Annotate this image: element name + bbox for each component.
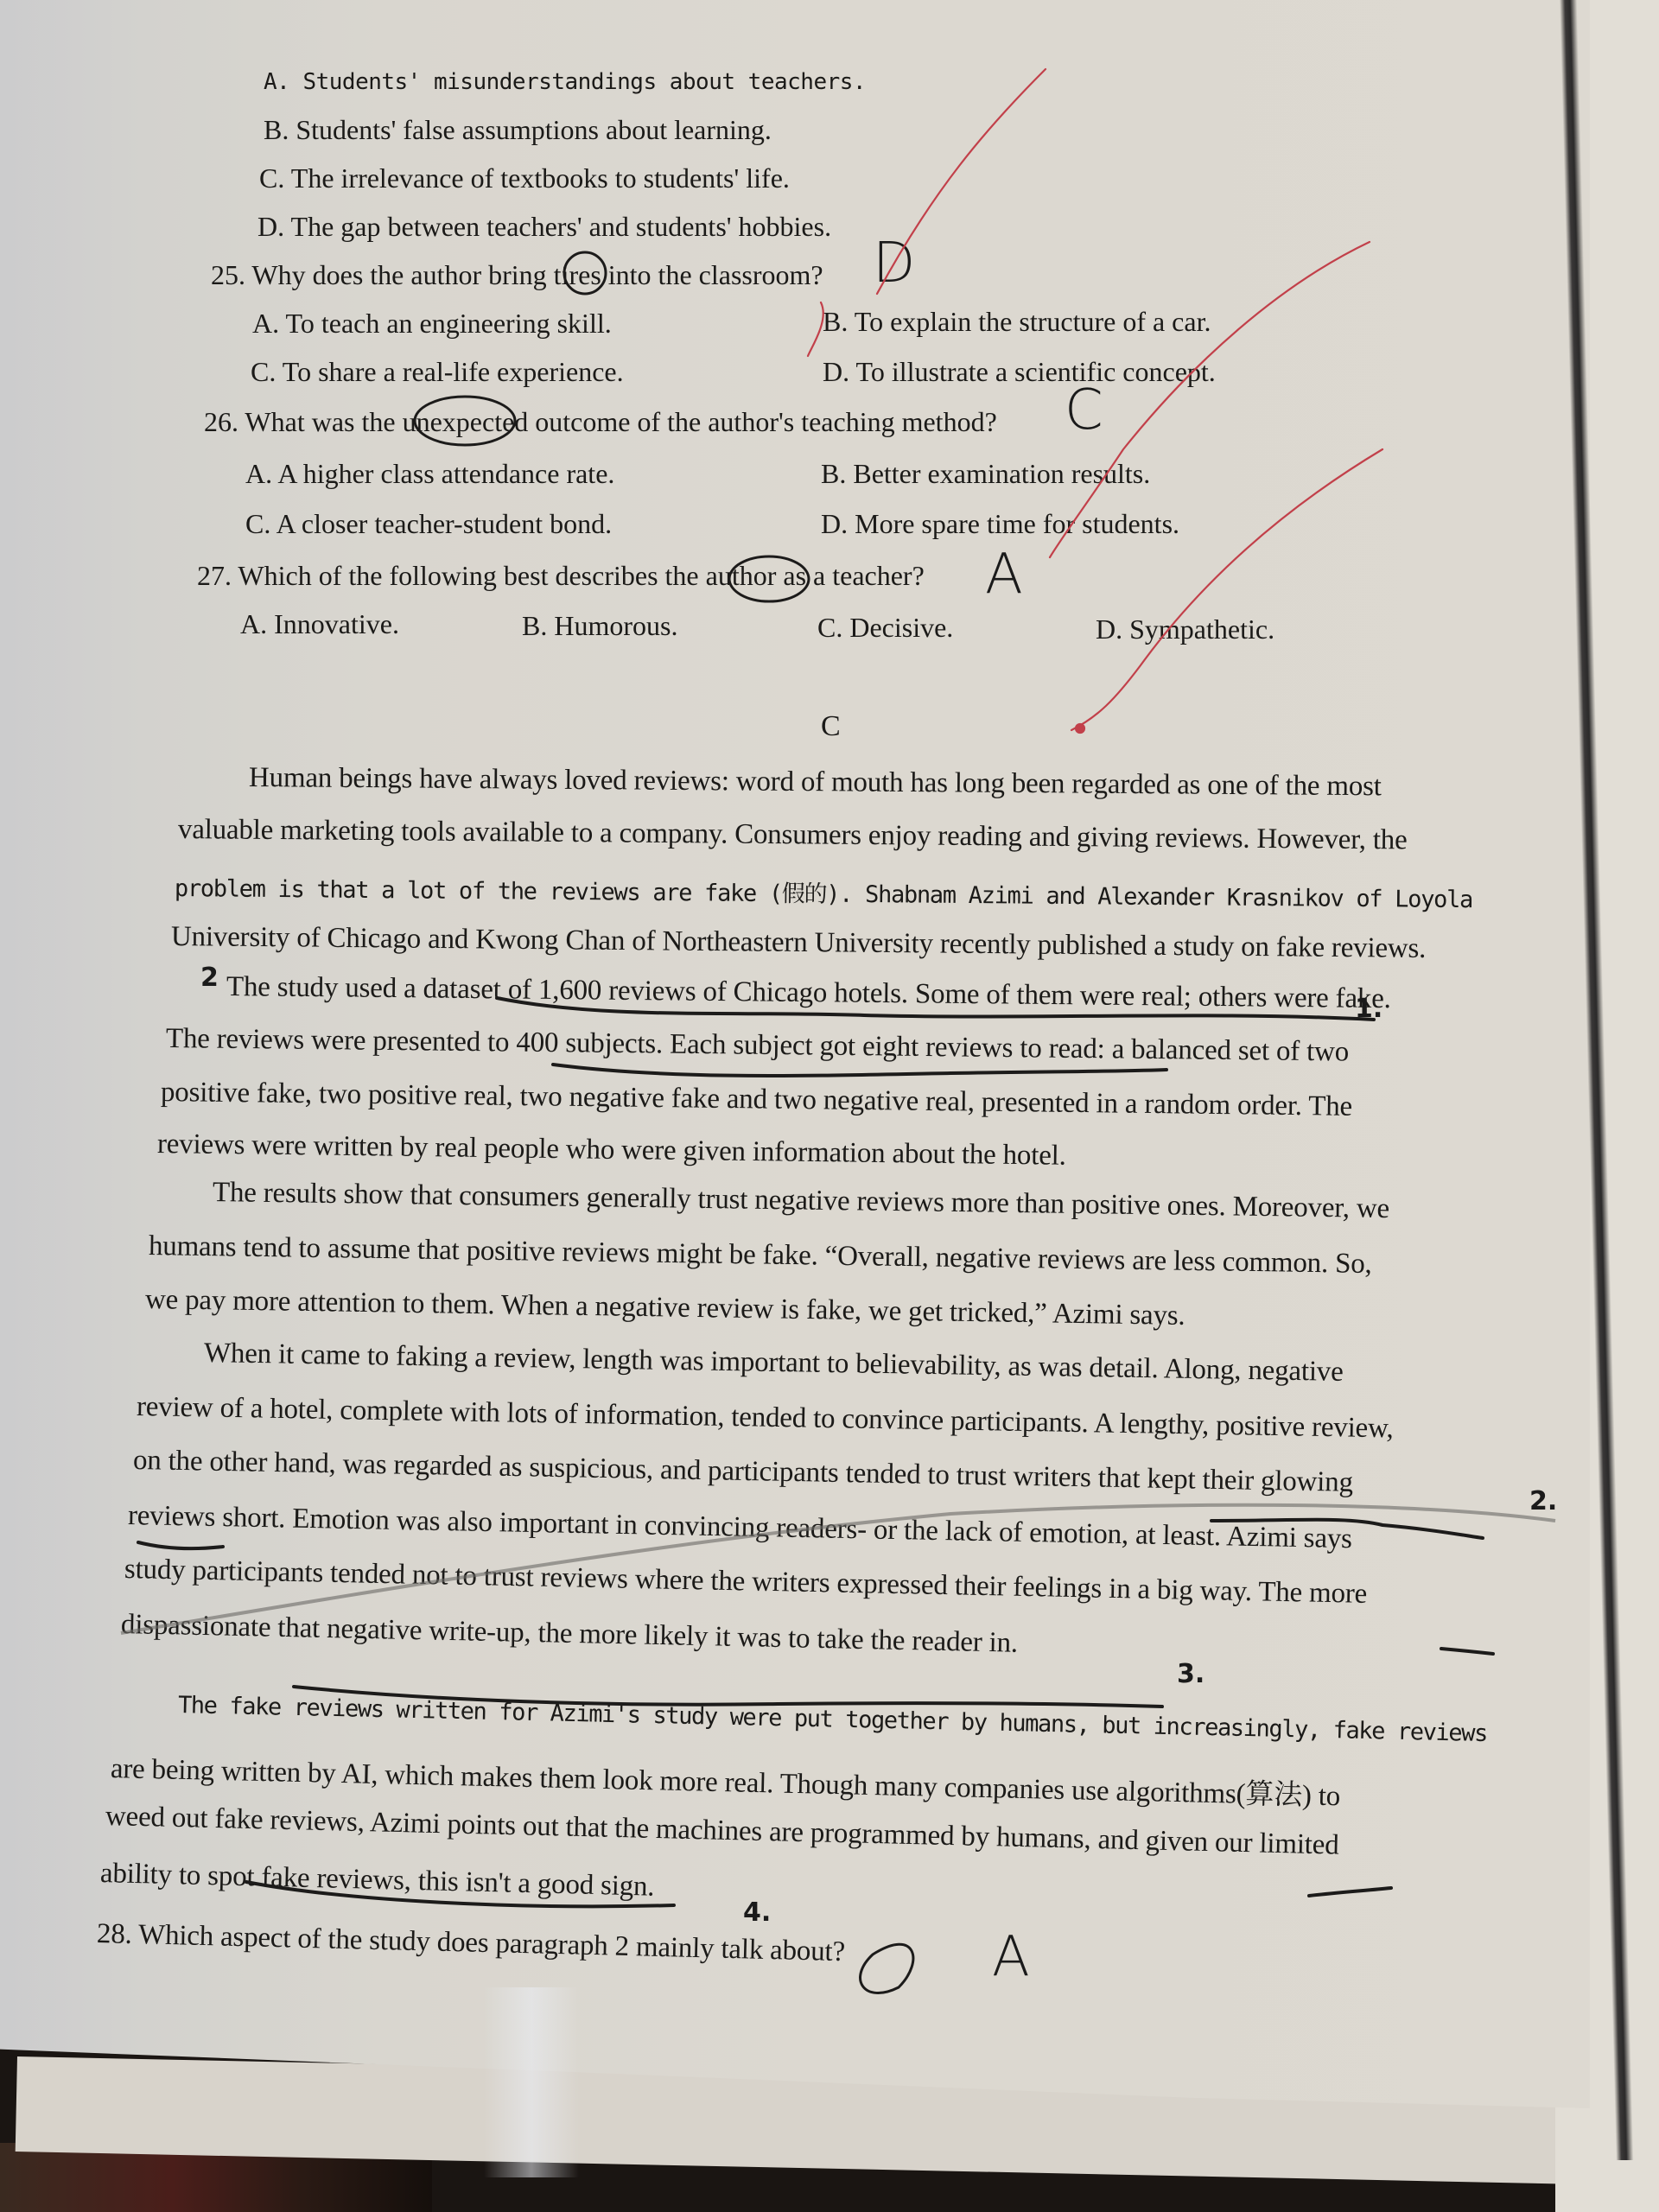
circled-word: tires (554, 259, 601, 290)
question-number: 28. (97, 1918, 133, 1950)
q24-option-d: D. The gap between teachers' and student… (257, 211, 831, 243)
q24-option-b: B. Students' false assumptions about lea… (264, 114, 772, 146)
margin-number: 4. (743, 1897, 771, 1928)
passage-line: on the other hand, was regarded as suspi… (133, 1445, 1353, 1499)
question-25: 25. Why does the author bring tires into… (211, 259, 823, 291)
passage-line: The study used a dataset of 1,600 review… (226, 971, 1391, 1015)
pen-dot (1076, 724, 1084, 733)
q26-option-b: B. Better examination results. (821, 458, 1150, 490)
question-number: 26. (204, 406, 238, 437)
q25-option-d: D. To illustrate a scientific concept. (823, 356, 1216, 388)
circled-word: unexpected (403, 406, 529, 437)
passage-line: humans tend to assume that positive revi… (149, 1230, 1372, 1281)
exam-content: A. Students' misunderstandings about tea… (0, 0, 1659, 2212)
q26-option-d: D. More spare time for students. (821, 508, 1179, 540)
q27-option-a: A. Innovative. (240, 608, 399, 640)
q24-option-a: A. Students' misunderstandings about tea… (264, 69, 866, 95)
q25-option-b: B. To explain the structure of a car. (823, 306, 1211, 338)
q24-option-c: C. The irrelevance of textbooks to stude… (259, 162, 790, 194)
passage-line: valuable marketing tools available to a … (178, 814, 1408, 856)
question-text-prefix: What was the (245, 406, 402, 437)
question-number: 25. (211, 259, 245, 290)
passage-line: ability to spot fake reviews, this isn't… (100, 1858, 655, 1904)
q27-option-c: C. Decisive. (817, 612, 953, 644)
question-text-suffix: as a teacher? (776, 560, 924, 591)
q26-option-c: C. A closer teacher-student bond. (245, 508, 612, 540)
question-text-prefix: Why does the author bring (251, 259, 553, 290)
underline-mark (1309, 1888, 1391, 1896)
underline-mark (553, 1065, 1166, 1076)
question-27: 27. Which of the following best describe… (197, 560, 925, 592)
passage-line: The results show that consumers generall… (213, 1177, 1389, 1225)
passage-line: are being written by AI, which makes the… (110, 1745, 1340, 1814)
check-mark-icon (1071, 449, 1382, 730)
passage-line: we pay more attention to them. When a ne… (145, 1284, 1185, 1332)
margin-number: 1. (1355, 994, 1382, 1024)
handwritten-answer-28: A (992, 1925, 1030, 1989)
check-mark-icon (808, 302, 823, 356)
section-letter: C (821, 710, 841, 743)
q27-option-b: B. Humorous. (522, 610, 677, 642)
passage-line: The reviews were presented to 400 subjec… (166, 1023, 1349, 1069)
question-28: 28. Which aspect of the study does parag… (97, 1918, 846, 1968)
margin-number-paragraph: 2 (200, 963, 219, 993)
dash-mark (1441, 1649, 1493, 1654)
q25-option-c: C. To share a real-life experience. (251, 356, 624, 388)
passage-line: When it came to faking a review, length … (204, 1338, 1344, 1389)
passage-line: weed out fake reviews, Azimi points out … (105, 1801, 1339, 1862)
passage-line: problem is that a lot of the reviews are… (175, 869, 1472, 914)
passage-line: reviews short. Emotion was also importan… (128, 1500, 1352, 1555)
passage-line: dispassionate that negative write-up, th… (121, 1609, 1019, 1660)
passage-line: study participants tended not to trust r… (124, 1554, 1368, 1611)
question-text-suffix: into the classroom? (601, 259, 823, 290)
margin-number: 3. (1177, 1659, 1205, 1689)
passage-line: positive fake, two positive real, two ne… (161, 1077, 1352, 1123)
passage-line: The fake reviews written for Azimi's stu… (178, 1692, 1488, 1747)
passage-line: review of a hotel, complete with lots of… (137, 1391, 1394, 1445)
question-text-suffix: outcome of the author's teaching method? (528, 406, 996, 437)
circle-mark-paragraph (861, 1944, 913, 1993)
question-text-prefix: Which of the following best describes th… (238, 560, 705, 591)
question-number: 27. (197, 560, 232, 591)
passage-line: reviews were written by real people who … (157, 1128, 1066, 1173)
underline-mark (138, 1542, 223, 1548)
q27-option-d: D. Sympathetic. (1096, 613, 1274, 645)
passage-line: University of Chicago and Kwong Chan of … (171, 921, 1427, 965)
question-26: 26. What was the unexpected outcome of t… (204, 406, 997, 438)
handwritten-answer-26: C (1065, 378, 1103, 442)
q26-option-a: A. A higher class attendance rate. (245, 458, 614, 490)
handwritten-answer-27: A (985, 543, 1023, 607)
passage-line: Human beings have always loved reviews: … (249, 762, 1382, 803)
question-text: Which aspect of the study does paragraph… (138, 1919, 846, 1967)
circled-word: author (706, 560, 777, 591)
handwritten-answer-25: D (873, 232, 915, 296)
margin-number: 2. (1529, 1486, 1557, 1516)
q25-option-a: A. To teach an engineering skill. (252, 308, 612, 340)
